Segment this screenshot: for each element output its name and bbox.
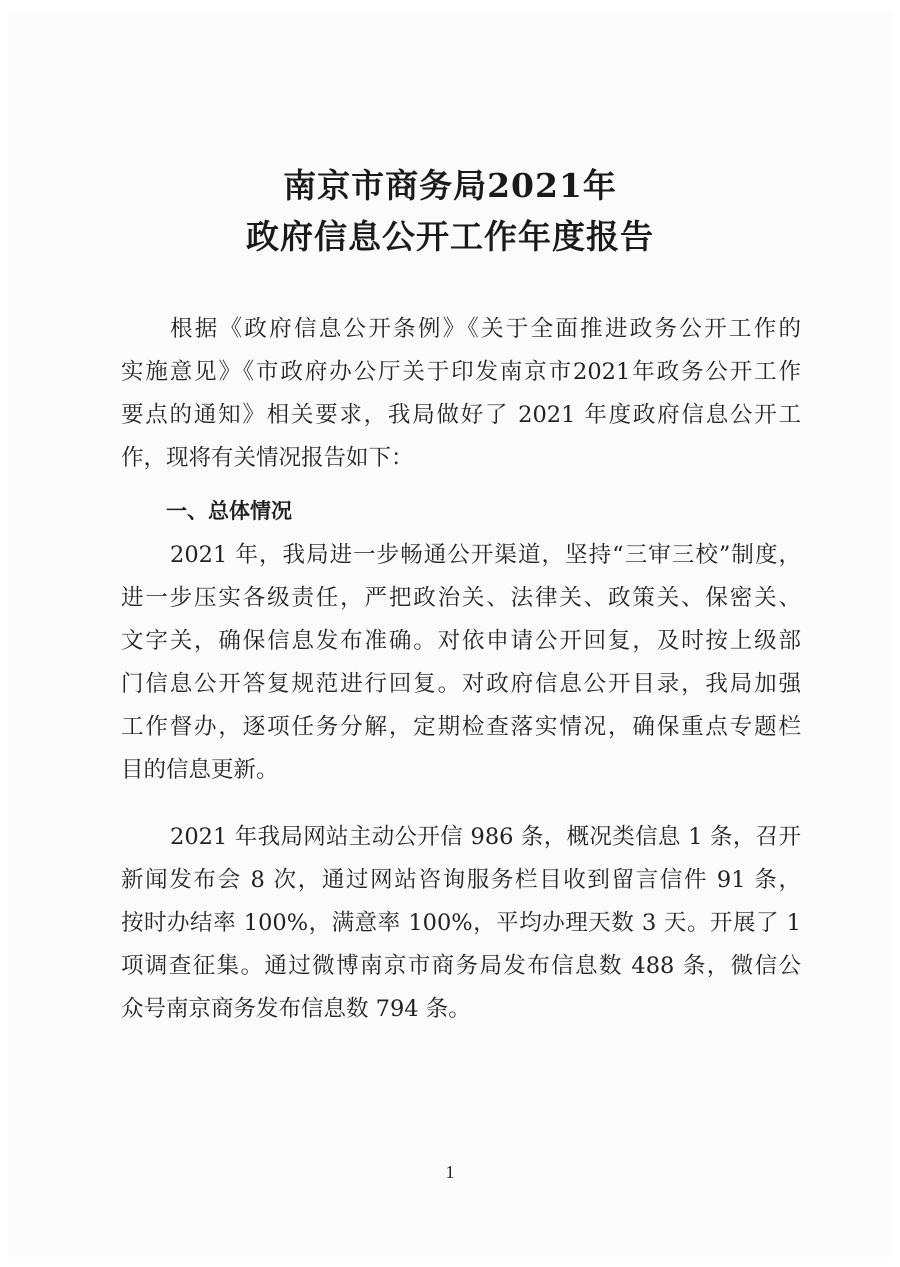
text-line: 文字关，确保信息发布准确。对依申请公开回复，及时按上级部	[121, 626, 801, 656]
text-line: 工作督办，逐项任务分解，定期检查落实情况，确保重点专题栏	[121, 712, 801, 742]
text-line: 门信息公开答复规范进行回复。对政府信息公开目录，我局加强	[121, 669, 801, 699]
text-line: 2021 年，我局进一步畅通公开渠道，坚持“三审三校”制度，	[170, 540, 801, 570]
section-heading: 一、总体情况	[166, 496, 292, 526]
text-line: 众号南京商务发布信息数 794 条。	[121, 994, 801, 1024]
text-line: 作，现将有关情况报告如下：	[121, 443, 801, 473]
text-line: 根据《政府信息公开条例》《关于全面推进政务公开工作的	[170, 314, 801, 344]
report-title-line-2: 政府信息公开工作年度报告	[0, 217, 900, 257]
text-line: 项调查征集。通过微博南京市商务局发布信息数 488 条，微信公	[121, 951, 801, 981]
text-line: 2021 年我局网站主动公开信 986 条，概况类信息 1 条，召开	[170, 822, 801, 852]
text-line: 进一步压实各级责任，严把政治关、法律关、政策关、保密关、	[121, 583, 801, 613]
text-line: 新闻发布会 8 次，通过网站咨询服务栏目收到留言信件 91 条，	[121, 865, 801, 895]
text-line: 要点的通知》相关要求，我局做好了 2021 年度政府信息公开工	[121, 400, 801, 430]
text-line: 按时办结率 100%，满意率 100%，平均办理天数 3 天。开展了 1	[121, 908, 801, 938]
page-number: 1	[0, 1162, 900, 1183]
report-title-line-1: 南京市商务局2021年	[0, 166, 900, 206]
text-line: 实施意见》《市政府办公厅关于印发南京市2021年政务公开工作	[121, 357, 801, 387]
text-line: 目的信息更新。	[121, 755, 801, 785]
